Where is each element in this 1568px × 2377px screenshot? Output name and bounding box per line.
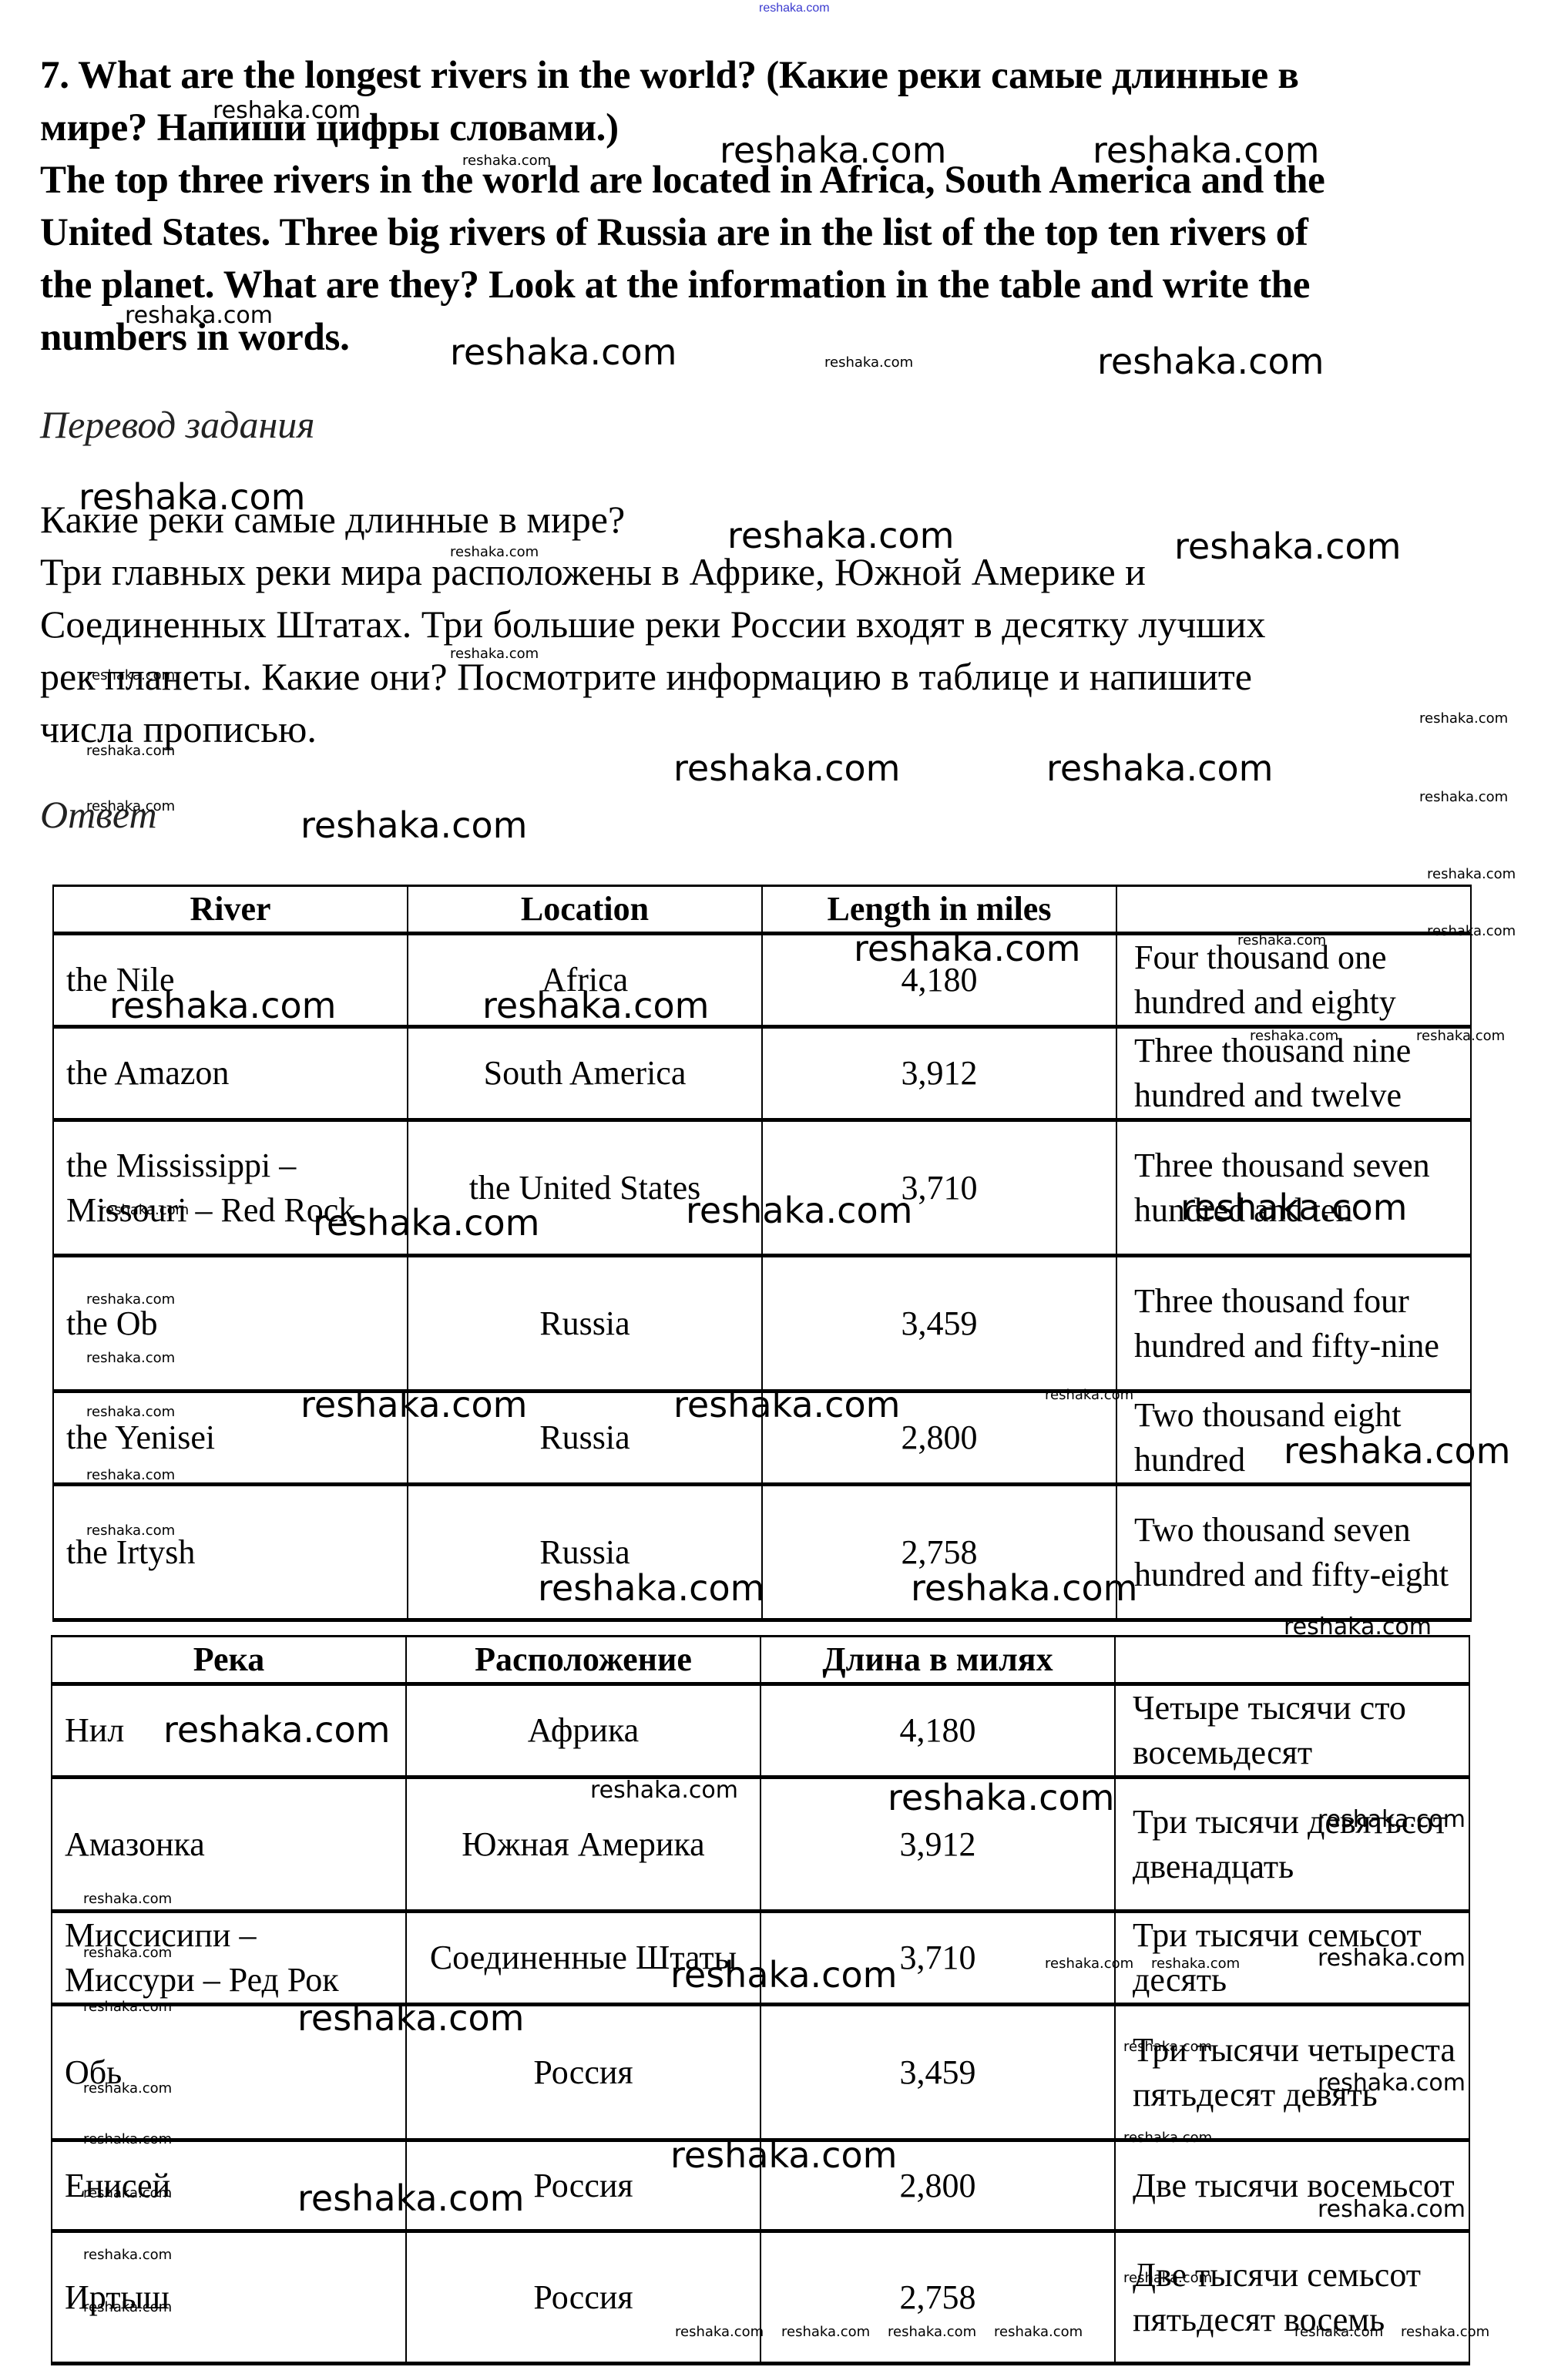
table-row: Обь Россия 3,459 Три тысячи четыреста пя… bbox=[52, 2005, 1469, 2140]
river-length: 2,800 bbox=[760, 2140, 1115, 2231]
river-length: 2,800 bbox=[762, 1392, 1116, 1485]
translation-line: Какие реки самые длинные в мире? bbox=[40, 493, 1550, 546]
translation-line: рек планеты. Какие они? Посмотрите инфор… bbox=[40, 650, 1550, 703]
heading-line: United States. Three big rivers of Russi… bbox=[40, 206, 1550, 259]
header-length: Длина в милях bbox=[760, 1637, 1115, 1684]
heading-line: the planet. What are they? Look at the i… bbox=[40, 259, 1550, 311]
river-name: Енисей bbox=[52, 2140, 406, 2231]
header-location: Расположение bbox=[406, 1637, 760, 1684]
length-in-words: Three thousand seven hundred and ten bbox=[1116, 1120, 1471, 1256]
river-name: the Nile bbox=[53, 934, 408, 1027]
table-row: the Irtysh Russia 2,758 Two thousand sev… bbox=[53, 1485, 1471, 1620]
table-row: the Mississippi – Missouri – Red Rock th… bbox=[53, 1120, 1471, 1256]
river-name: the Mississippi – Missouri – Red Rock bbox=[53, 1120, 408, 1256]
header-words bbox=[1115, 1637, 1469, 1684]
length-in-words: Три тысячи четыреста пятьдесят девять bbox=[1115, 2005, 1469, 2140]
river-name: the Yenisei bbox=[53, 1392, 408, 1485]
length-in-words: Three thousand nine hundred and twelve bbox=[1116, 1027, 1471, 1120]
river-location: Россия bbox=[406, 2140, 760, 2231]
river-location: Африка bbox=[406, 1684, 760, 1778]
river-length: 2,758 bbox=[760, 2231, 1115, 2364]
river-length: 3,459 bbox=[762, 1256, 1116, 1392]
river-name: Обь bbox=[52, 2005, 406, 2140]
river-length: 4,180 bbox=[762, 934, 1116, 1027]
river-location: Russia bbox=[408, 1392, 762, 1485]
river-location: the United States bbox=[408, 1120, 762, 1256]
river-location: Соединенные Штаты bbox=[406, 1912, 760, 2005]
river-location: Africa bbox=[408, 934, 762, 1027]
river-length: 4,180 bbox=[760, 1684, 1115, 1778]
length-in-words: Две тысячи семьсот пятьдесят восемь bbox=[1115, 2231, 1469, 2364]
river-name: Нил bbox=[52, 1684, 406, 1778]
river-location: Россия bbox=[406, 2231, 760, 2364]
river-name: Миссисипи – Миссури – Ред Рок bbox=[52, 1912, 406, 2005]
river-name: the Ob bbox=[53, 1256, 408, 1392]
table-header-row: Река Расположение Длина в милях bbox=[52, 1637, 1469, 1684]
heading-line: The top three rivers in the world are lo… bbox=[40, 154, 1550, 206]
river-length: 3,459 bbox=[760, 2005, 1115, 2140]
table-row: the Nile Africa 4,180 Four thousand one … bbox=[53, 934, 1471, 1027]
header-river: River bbox=[53, 886, 408, 934]
translation-text: Какие реки самые длинные в мире? Три гла… bbox=[40, 493, 1550, 755]
river-length: 3,912 bbox=[760, 1778, 1115, 1912]
length-in-words: Две тысячи восемьсот bbox=[1115, 2140, 1469, 2231]
header-river: Река bbox=[52, 1637, 406, 1684]
river-length: 3,710 bbox=[760, 1912, 1115, 2005]
table-row: Иртыш Россия 2,758 Две тысячи семьсот пя… bbox=[52, 2231, 1469, 2364]
table-row: the Amazon South America 3,912 Three tho… bbox=[53, 1027, 1471, 1120]
heading-line: numbers in words. bbox=[40, 311, 1550, 364]
table-row: Енисей Россия 2,800 Две тысячи восемьсот bbox=[52, 2140, 1469, 2231]
length-in-words: Три тысячи девятьсот двенадцать bbox=[1115, 1778, 1469, 1912]
table-row: Миссисипи – Миссури – Ред Рок Соединенны… bbox=[52, 1912, 1469, 2005]
river-name: the Amazon bbox=[53, 1027, 408, 1120]
table-row: Амазонка Южная Америка 3,912 Три тысячи … bbox=[52, 1778, 1469, 1912]
task-heading: 7. What are the longest rivers in the wo… bbox=[40, 49, 1550, 364]
length-in-words: Two thousand seven hundred and fifty-eig… bbox=[1116, 1485, 1471, 1620]
river-length: 3,912 bbox=[762, 1027, 1116, 1120]
length-in-words: Три тысячи семьсот десять bbox=[1115, 1912, 1469, 2005]
length-in-words: Four thousand one hundred and eighty bbox=[1116, 934, 1471, 1027]
watermark: reshaka.com bbox=[1427, 866, 1516, 882]
watermark: reshaka.com bbox=[301, 804, 527, 846]
river-location: Россия bbox=[406, 2005, 760, 2140]
river-length: 3,710 bbox=[762, 1120, 1116, 1256]
river-location: South America bbox=[408, 1027, 762, 1120]
heading-line: 7. What are the longest rivers in the wo… bbox=[40, 49, 1550, 102]
translation-label: Перевод задания bbox=[40, 402, 315, 447]
heading-line: мире? Напиши цифры словами.) bbox=[40, 102, 1550, 154]
top-watermark: reshaka.com bbox=[759, 2, 830, 15]
length-in-words: Четыре тысячи сто восемьдесят bbox=[1115, 1684, 1469, 1778]
header-length: Length in miles bbox=[762, 886, 1116, 934]
table-row: Нил Африка 4,180 Четыре тысячи сто восем… bbox=[52, 1684, 1469, 1778]
length-in-words: Three thousand four hundred and fifty-ni… bbox=[1116, 1256, 1471, 1392]
translation-line: числа прописью. bbox=[40, 703, 1550, 755]
river-length: 2,758 bbox=[762, 1485, 1116, 1620]
river-location: Russia bbox=[408, 1485, 762, 1620]
translation-line: Соединенных Штатах. Три большие реки Рос… bbox=[40, 598, 1550, 650]
header-words bbox=[1116, 886, 1471, 934]
answer-label: Ответ bbox=[40, 792, 157, 837]
length-in-words: Two thousand eight hundred bbox=[1116, 1392, 1471, 1485]
table-row: the Ob Russia 3,459 Three thousand four … bbox=[53, 1256, 1471, 1392]
translation-line: Три главных реки мира расположены в Афри… bbox=[40, 546, 1550, 598]
river-location: Южная Америка bbox=[406, 1778, 760, 1912]
header-location: Location bbox=[408, 886, 762, 934]
table-header-row: River Location Length in miles bbox=[53, 886, 1471, 934]
river-name: Иртыш bbox=[52, 2231, 406, 2364]
river-name: Амазонка bbox=[52, 1778, 406, 1912]
rivers-table-english: River Location Length in miles the Nile … bbox=[52, 885, 1472, 1622]
rivers-table-russian: Река Расположение Длина в милях Нил Афри… bbox=[51, 1635, 1470, 2365]
table-row: the Yenisei Russia 2,800 Two thousand ei… bbox=[53, 1392, 1471, 1485]
river-location: Russia bbox=[408, 1256, 762, 1392]
watermark: reshaka.com bbox=[1419, 789, 1508, 805]
river-name: the Irtysh bbox=[53, 1485, 408, 1620]
